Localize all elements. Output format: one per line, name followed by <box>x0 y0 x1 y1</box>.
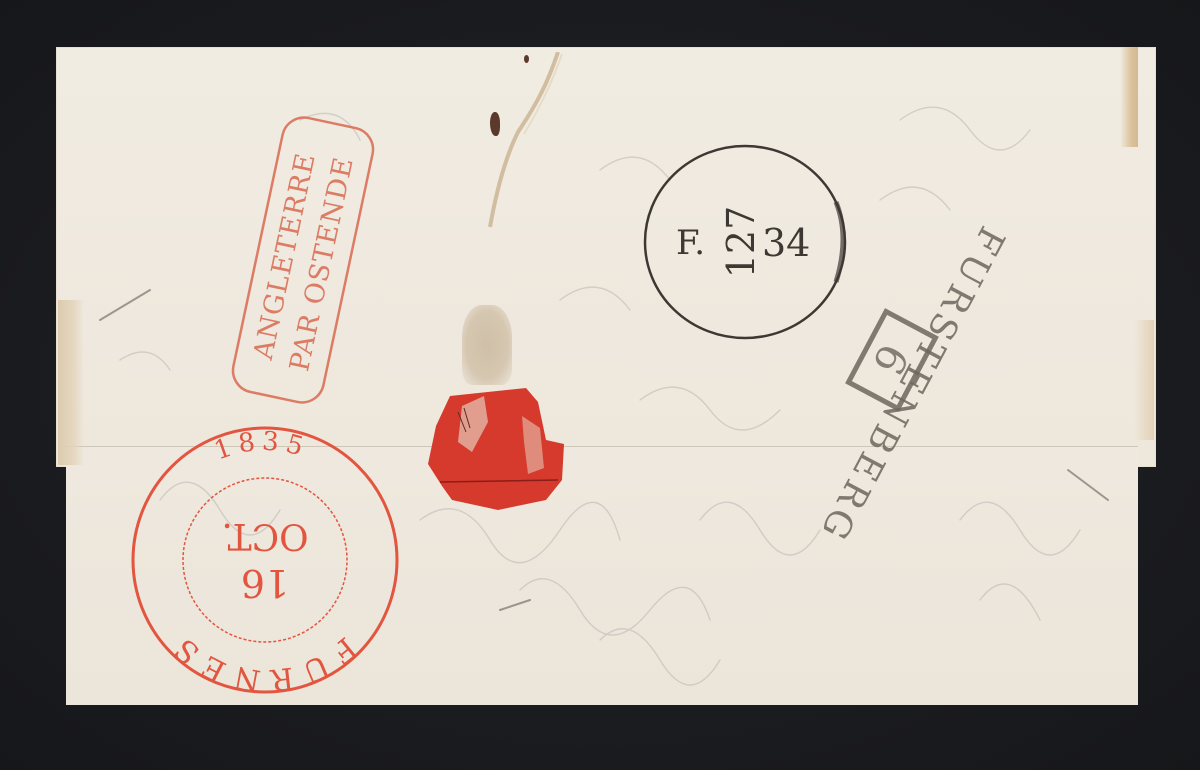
paper-tear <box>488 52 568 232</box>
wax-seal <box>428 382 568 510</box>
angleterre-par-ostende-postmark: ANGLETERRE PAR OSTENDE <box>208 120 388 410</box>
svg-text:OCT.: OCT. <box>221 515 308 556</box>
svg-text:16: 16 <box>241 561 289 605</box>
ink-speck <box>524 55 529 63</box>
svg-text:F.: F. <box>676 223 705 263</box>
furnes-date-postmark: FURNES 1835 16 OCT. <box>125 420 405 700</box>
furstenberg-straightline-postmark: FURSTENBERG 6 <box>790 210 1090 590</box>
svg-text:FURNES: FURNES <box>162 626 363 698</box>
right-edge-stain-lower <box>1134 320 1154 440</box>
right-edge-stain <box>1120 47 1138 147</box>
left-edge-stain <box>58 300 84 465</box>
ink-blot <box>490 112 500 136</box>
svg-text:127: 127 <box>719 206 763 279</box>
seal-stain <box>462 305 512 385</box>
